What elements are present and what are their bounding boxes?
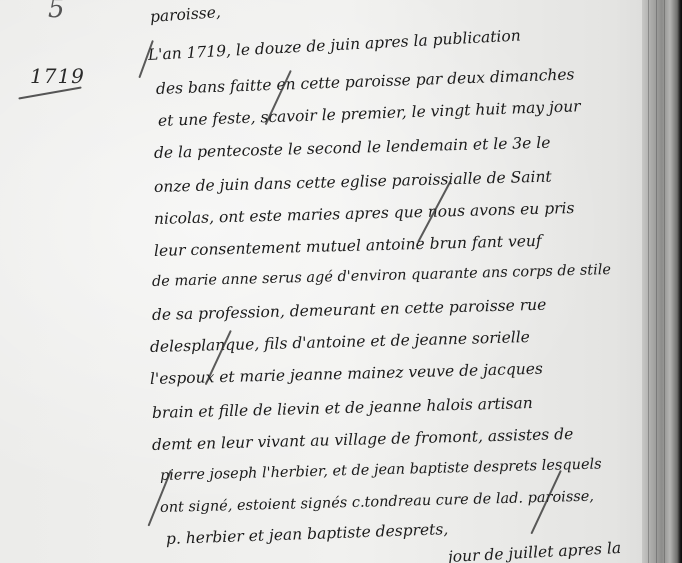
text-line: delesplanque, fils d'antoine et de jeann… — [150, 328, 530, 356]
book-binding — [642, 0, 682, 563]
text-line: L'an 1719, le douze de juin apres la pub… — [148, 26, 522, 64]
text-line: de marie anne serus agé d'environ quaran… — [152, 262, 611, 290]
text-line: onze de juin dans cette eglise paroissia… — [154, 168, 552, 196]
text-line: brain et fille de lievin et de jeanne ha… — [152, 394, 533, 422]
margin-year: 1719 — [30, 64, 85, 88]
register-page: 5 1719 paroisse, L'an 1719, le douze de … — [0, 0, 682, 563]
text-line: demt en leur vivant au village de fromon… — [152, 425, 574, 454]
text-line: pierre joseph l'herbier, et de jean bapt… — [160, 456, 602, 484]
text-line: jour de juillet apres la — [448, 539, 622, 563]
text-line: de sa profession, demeurant en cette par… — [152, 296, 547, 324]
binding-crease — [664, 0, 665, 563]
text-line: et une feste, scavoir le premier, le vin… — [158, 97, 581, 130]
margin-underline — [18, 86, 81, 99]
text-line: p. herbier et jean baptiste desprets, — [166, 520, 449, 548]
text-line: leur consentement mutuel antoine brun fa… — [154, 232, 542, 260]
text-line: des bans faitte en cette paroisse par de… — [156, 65, 575, 98]
text-line: nicolas, ont este maries apres que nous … — [154, 199, 575, 228]
binding-crease — [656, 0, 657, 563]
text-line: ont signé, estoient signés c.tondreau cu… — [160, 489, 594, 516]
margin-mark: 5 — [48, 0, 65, 24]
binding-crease — [648, 0, 649, 563]
text-line: paroisse, — [149, 3, 221, 26]
text-line: de la pentecoste le second le lendemain … — [154, 134, 551, 162]
